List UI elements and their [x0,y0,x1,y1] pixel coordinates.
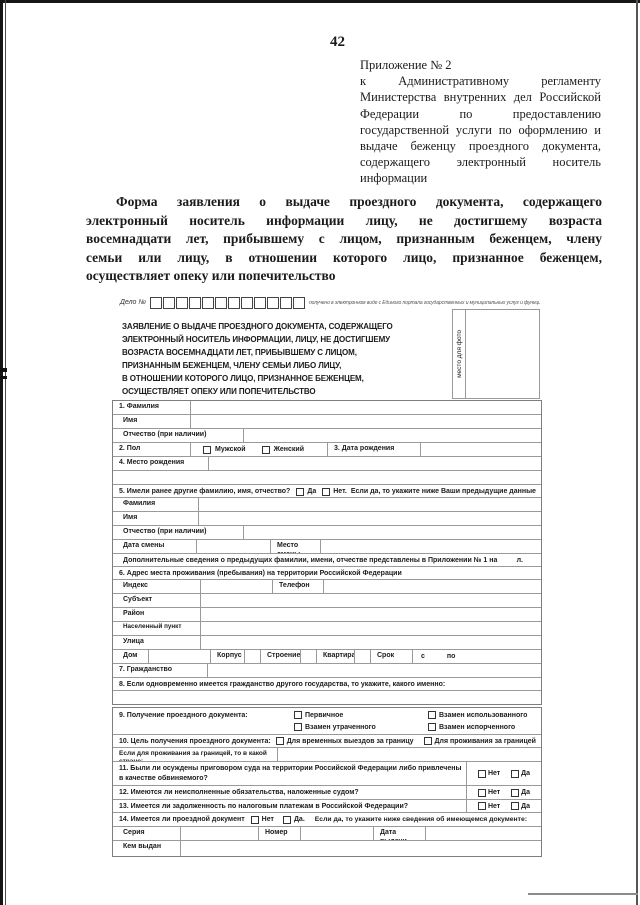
birthplace-label: 4. Место рождения [113,457,209,470]
table-row-patronymic: Отчество (при наличии) [113,429,541,443]
q9-option-damaged: Взамен испорченного [428,723,515,731]
q10-country-label: Если для проживания за границей, то в ка… [113,748,278,761]
term-to-label: по [447,653,456,660]
checkbox-male[interactable] [203,446,211,454]
form-title-line: В ОТНОШЕНИИ КОТОРОГО ЛИЦО, ПРИЗНАННОЕ БЕ… [122,372,462,385]
annex-line: государственной услуги по оформлению и [360,122,601,138]
q5-note-text: Дополнительные сведения о предыдущих фам… [119,556,497,565]
checkbox-q12-yes[interactable] [511,789,519,797]
table-row-q10-country: Если для проживания за границей, то в ка… [113,748,541,762]
q5-header: 5. Имели ранее другие фамилию, имя, отче… [113,485,541,497]
number-label: Номер [259,827,301,840]
q13-yes-option: Да [511,802,530,810]
heading-line: восемнадцати лет, прибывшему с лицом, пр… [86,230,602,249]
prev-patronymic-input[interactable] [244,526,541,539]
q11-no-option: Нет [478,770,500,778]
annex-line: информации [360,170,601,186]
name-input[interactable] [191,415,541,428]
form-title-line: ПРИЗНАННЫМ БЕЖЕНЦЕМ, ЧЛЕНУ СЕМЬИ ЛИБО ЛИ… [122,359,462,372]
checkbox-q10-trips[interactable] [276,737,284,745]
q12-yes-option: Да [511,789,530,797]
case-number-box[interactable] [241,297,253,309]
q9-option-used: Взамен использованного [428,711,527,719]
subject-input[interactable] [201,594,541,607]
q9-option-lost: Взамен утраченного [294,723,376,731]
table-row-prev-surname: Фамилия [113,498,541,512]
table-row-q13: 13. Имеется ли задолженность по налоговы… [113,800,541,813]
checkbox-q9-used[interactable] [428,711,436,719]
photo-label: место для фото [456,330,463,378]
building-label: Корпус [211,650,245,663]
district-label: Район [113,608,201,621]
q8-input[interactable] [113,691,541,704]
form-title-line: ВОЗРАСТА ВОСЕМНАДЦАТИ ЛЕТ, ПРИБЫВШЕМУ С … [122,346,462,359]
checkbox-q9-lost[interactable] [294,723,302,731]
q9-primary-label: Первичное [305,712,343,719]
q13-yes-label: Да [521,803,530,810]
annex-line: содержащего электронный носитель [360,154,601,170]
checkbox-q9-primary[interactable] [294,711,302,719]
change-place-label: Место смены [271,540,321,553]
scan-edge-bottom [528,893,638,895]
surname-label: 1. Фамилия [113,401,191,414]
q11-yes-label: Да [521,770,530,777]
issued-by-input[interactable] [181,841,541,856]
form-title-line: ЭЛЕКТРОННЫЙ НОСИТЕЛЬ ИНФОРМАЦИИ, ЛИЦУ, Н… [122,333,462,346]
table-row-doc-details: Серия Номер Дата выдачи [113,827,541,841]
table-row-q5: 5. Имели ранее другие фамилию, имя, отче… [113,485,541,498]
scan-edge-left [0,0,3,905]
structure-input[interactable] [301,650,317,663]
table-row-prev-patronymic: Отчество (при наличии) [113,526,541,540]
sex-options: Мужской Женский [191,443,328,456]
term-dates[interactable]: с по [413,650,541,663]
q14-label: 14. Имеется ли проездной документ [119,816,245,823]
q10-trips-label: Для временных выездов за границу [287,738,414,745]
q12-answers: Нет Да [466,786,541,799]
scan-artifact [0,368,7,372]
form-title-line: ЗАЯВЛЕНИЕ О ВЫДАЧЕ ПРОЕЗДНОГО ДОКУМЕНТА,… [122,320,462,333]
q10-row: 10. Цель получения проездного документа:… [113,735,541,747]
page-number: 42 [330,34,345,51]
q12-no-label: Нет [488,789,500,796]
heading-line: осуществляет опеку или попечительство [86,267,602,286]
table-row-q5-note: Дополнительные сведения о предыдущих фам… [113,554,541,567]
table-row-change: Дата смены Место смены [113,540,541,554]
issue-date-input[interactable] [426,827,541,840]
table-row-index-phone: Индекс Телефон [113,580,541,594]
patronymic-input[interactable] [244,429,541,442]
table-row-q9: 9. Получение проездного документа: Перви… [113,708,541,735]
q11-answers: Нет Да [466,762,541,785]
street-label: Улица [113,636,201,649]
case-number-note: получено в электронном виде с Единого по… [309,300,540,306]
q10-residence-label: Для проживания за границей [435,738,536,745]
change-date-input[interactable] [197,540,271,553]
heading-line: Форма заявления о выдаче проездного доку… [86,193,602,212]
table-row-q6: 6. Адрес места проживания (пребывания) н… [113,567,541,580]
checkbox-q9-damaged[interactable] [428,723,436,731]
table-row-issued-by: Кем выдан [113,841,541,856]
birthplace-input[interactable] [209,457,541,470]
case-number-label: Дело № [120,299,146,306]
q5-yes-label: Да [307,487,316,496]
form-title-line: ОСУЩЕСТВЛЯЕТ ОПЕКУ ИЛИ ПОПЕЧИТЕЛЬСТВО [122,385,462,398]
annex-line: к Административному регламенту [360,73,601,89]
checkbox-q14-yes[interactable] [283,816,291,824]
form-table-secondary: 9. Получение проездного документа: Перви… [112,707,542,857]
q6-label: 6. Адрес места проживания (пребывания) н… [119,569,402,578]
number-input[interactable] [301,827,374,840]
table-row-q14: 14. Имеется ли проездной документ Нет Да… [113,813,541,827]
table-row-subject: Субъект [113,594,541,608]
case-number-box[interactable] [176,297,188,309]
table-row-sex-birthdate: 2. Пол Мужской Женский 3. Дата рождения [113,443,541,457]
case-number-box[interactable] [202,297,214,309]
q14-tail: Если да, то укажите ниже сведения об име… [315,816,527,823]
term-from-label: с [421,653,425,660]
case-number-box[interactable] [228,297,240,309]
application-form: Дело № получено в электронном виде с Еди… [112,296,540,309]
apartment-label: Квартира [317,650,355,663]
prev-name-input[interactable] [199,512,541,525]
q14-yes-label: Да. [294,816,305,823]
q13-label: 13. Имеется ли задолженность по налоговы… [113,800,466,812]
birthdate-input[interactable] [421,443,541,456]
case-number-box[interactable] [150,297,162,309]
q8-header: 8. Если одновременно имеется гражданство… [113,678,541,690]
annex-reference: Приложение № 2 к Административному регла… [360,57,601,187]
case-number-box[interactable] [254,297,266,309]
table-row-citizenship: 7. Гражданство [113,664,541,678]
house-label: Дом [113,650,149,663]
birthplace-input-line2[interactable] [113,471,541,484]
case-number-box[interactable] [163,297,175,309]
q13-no-label: Нет [488,803,500,810]
house-input[interactable] [149,650,211,663]
prev-name-label: Имя [113,512,199,525]
checkbox-q13-no[interactable] [478,802,486,810]
phone-input[interactable] [324,580,541,593]
q5-note: Дополнительные сведения о предыдущих фам… [113,554,541,566]
case-number-box[interactable] [267,297,279,309]
scan-artifact [0,376,7,379]
citizenship-input[interactable] [208,664,541,677]
table-row-house: Дом Корпус Строение Квартира Срок с по [113,650,541,664]
table-row-name: Имя [113,415,541,429]
annex-line: выдаче беженцу проездного документа, [360,138,601,154]
citizenship-label: 7. Гражданство [113,664,208,677]
q5-no-label: Нет. [333,487,347,496]
table-row-prev-name: Имя [113,512,541,526]
prev-surname-input[interactable] [199,498,541,511]
case-number-box[interactable] [293,297,305,309]
q9-option-primary: Первичное [294,711,343,719]
annex-line: Приложение № 2 [360,57,601,73]
sex-label: 2. Пол [113,443,191,456]
settlement-input[interactable] [201,622,541,635]
checkbox-q11-no[interactable] [478,770,486,778]
table-row-q10: 10. Цель получения проездного документа:… [113,735,541,748]
q14-no-label: Нет [262,816,274,823]
issued-by-label: Кем выдан [113,841,181,856]
form-title: ЗАЯВЛЕНИЕ О ВЫДАЧЕ ПРОЕЗДНОГО ДОКУМЕНТА,… [122,320,462,398]
index-input[interactable] [201,580,273,593]
q12-label: 12. Имеются ли неисполненные обязательст… [113,786,466,799]
scan-edge-left-inner [5,0,6,905]
q9-damaged-label: Взамен испорченного [439,724,515,731]
index-label: Индекс [113,580,201,593]
district-input[interactable] [201,608,541,621]
checkbox-q14-no[interactable] [251,816,259,824]
scan-edge-top [0,0,640,3]
q10-label: 10. Цель получения проездного документа: [119,738,271,745]
q11-yes-option: Да [511,770,530,778]
scan-edge-right [636,0,638,905]
checkbox-q12-no[interactable] [478,789,486,797]
name-label: Имя [113,415,191,428]
q12-yes-label: Да [521,789,530,796]
phone-label: Телефон [273,580,324,593]
checkbox-q5-yes[interactable] [296,488,304,496]
prev-surname-label: Фамилия [113,498,199,511]
apartment-input[interactable] [355,650,371,663]
q6-header: 6. Адрес места проживания (пребывания) н… [113,567,541,579]
prev-patronymic-label: Отчество (при наличии) [113,526,244,539]
series-label: Серия [113,827,181,840]
checkbox-q11-yes[interactable] [511,770,519,778]
table-row-q11: 11. Были ли осуждены приговором суда на … [113,762,541,786]
term-label: Срок [371,650,413,663]
female-label: Женский [274,446,304,453]
street-input[interactable] [201,636,541,649]
settlement-label: Населенный пункт [113,622,201,635]
document-heading: Форма заявления о выдаче проездного доку… [86,193,602,286]
q9-lost-label: Взамен утраченного [305,724,376,731]
table-row-q8: 8. Если одновременно имеется гражданство… [113,678,541,691]
q13-no-option: Нет [478,802,500,810]
q9-label: 9. Получение проездного документа: [119,712,248,719]
photo-label-strip: место для фото [453,310,466,398]
q8-label: 8. Если одновременно имеется гражданство… [119,680,445,689]
q9-used-label: Взамен использованного [439,712,527,719]
q14-row: 14. Имеется ли проездной документ Нет Да… [113,813,541,826]
patronymic-label: Отчество (при наличии) [113,429,244,442]
q9-row: 9. Получение проездного документа: Перви… [113,708,541,734]
annex-line: Министерства внутренних дел Российской [360,89,601,105]
checkbox-q13-yes[interactable] [511,802,519,810]
subject-label: Субъект [113,594,201,607]
issue-date-label: Дата выдачи [374,827,426,840]
change-place-input[interactable] [321,540,541,553]
case-number-row: Дело № получено в электронном виде с Еди… [112,296,540,309]
series-input[interactable] [181,827,259,840]
q11-label: 11. Были ли осуждены приговором суда на … [113,762,466,785]
checkbox-female[interactable] [262,446,270,454]
table-row-birthplace: 4. Место рождения [113,457,541,471]
photo-placeholder: место для фото [452,309,540,399]
q5-tail: Если да, то укажите ниже Ваши предыдущие… [351,487,536,496]
checkbox-q10-residence[interactable] [424,737,432,745]
q12-no-option: Нет [478,789,500,797]
building-input[interactable] [245,650,261,663]
checkbox-q5-no[interactable] [322,488,330,496]
heading-line: семьи или лицу, в отношении которого лиц… [86,249,602,268]
surname-input[interactable] [191,401,541,414]
table-row-district: Район [113,608,541,622]
male-label: Мужской [215,446,246,453]
table-row-q8-input [113,691,541,704]
q5-note-sheets: л. [517,556,523,565]
birthdate-label: 3. Дата рождения [328,443,421,456]
table-row-street: Улица [113,636,541,650]
form-table-main: 1. Фамилия Имя Отчество (при наличии) 2.… [112,400,542,705]
annex-line: Федерации по предоставлению [360,106,601,122]
structure-label: Строение [261,650,301,663]
q13-answers: Нет Да [466,800,541,812]
table-row-q12: 12. Имеются ли неисполненные обязательст… [113,786,541,800]
table-row-settlement: Населенный пункт [113,622,541,636]
change-date-label: Дата смены [113,540,197,553]
case-number-box[interactable] [215,297,227,309]
q11-no-label: Нет [488,770,500,777]
table-row-surname: 1. Фамилия [113,401,541,415]
q10-country-input[interactable] [278,748,541,761]
q5-label: 5. Имели ранее другие фамилию, имя, отче… [119,487,290,496]
table-row-birthplace-extra [113,471,541,485]
case-number-box[interactable] [189,297,201,309]
scanned-document-page: 42 Приложение № 2 к Административному ре… [0,0,640,905]
heading-line: электронный носитель информации лицу, не… [86,212,602,231]
case-number-box[interactable] [280,297,292,309]
